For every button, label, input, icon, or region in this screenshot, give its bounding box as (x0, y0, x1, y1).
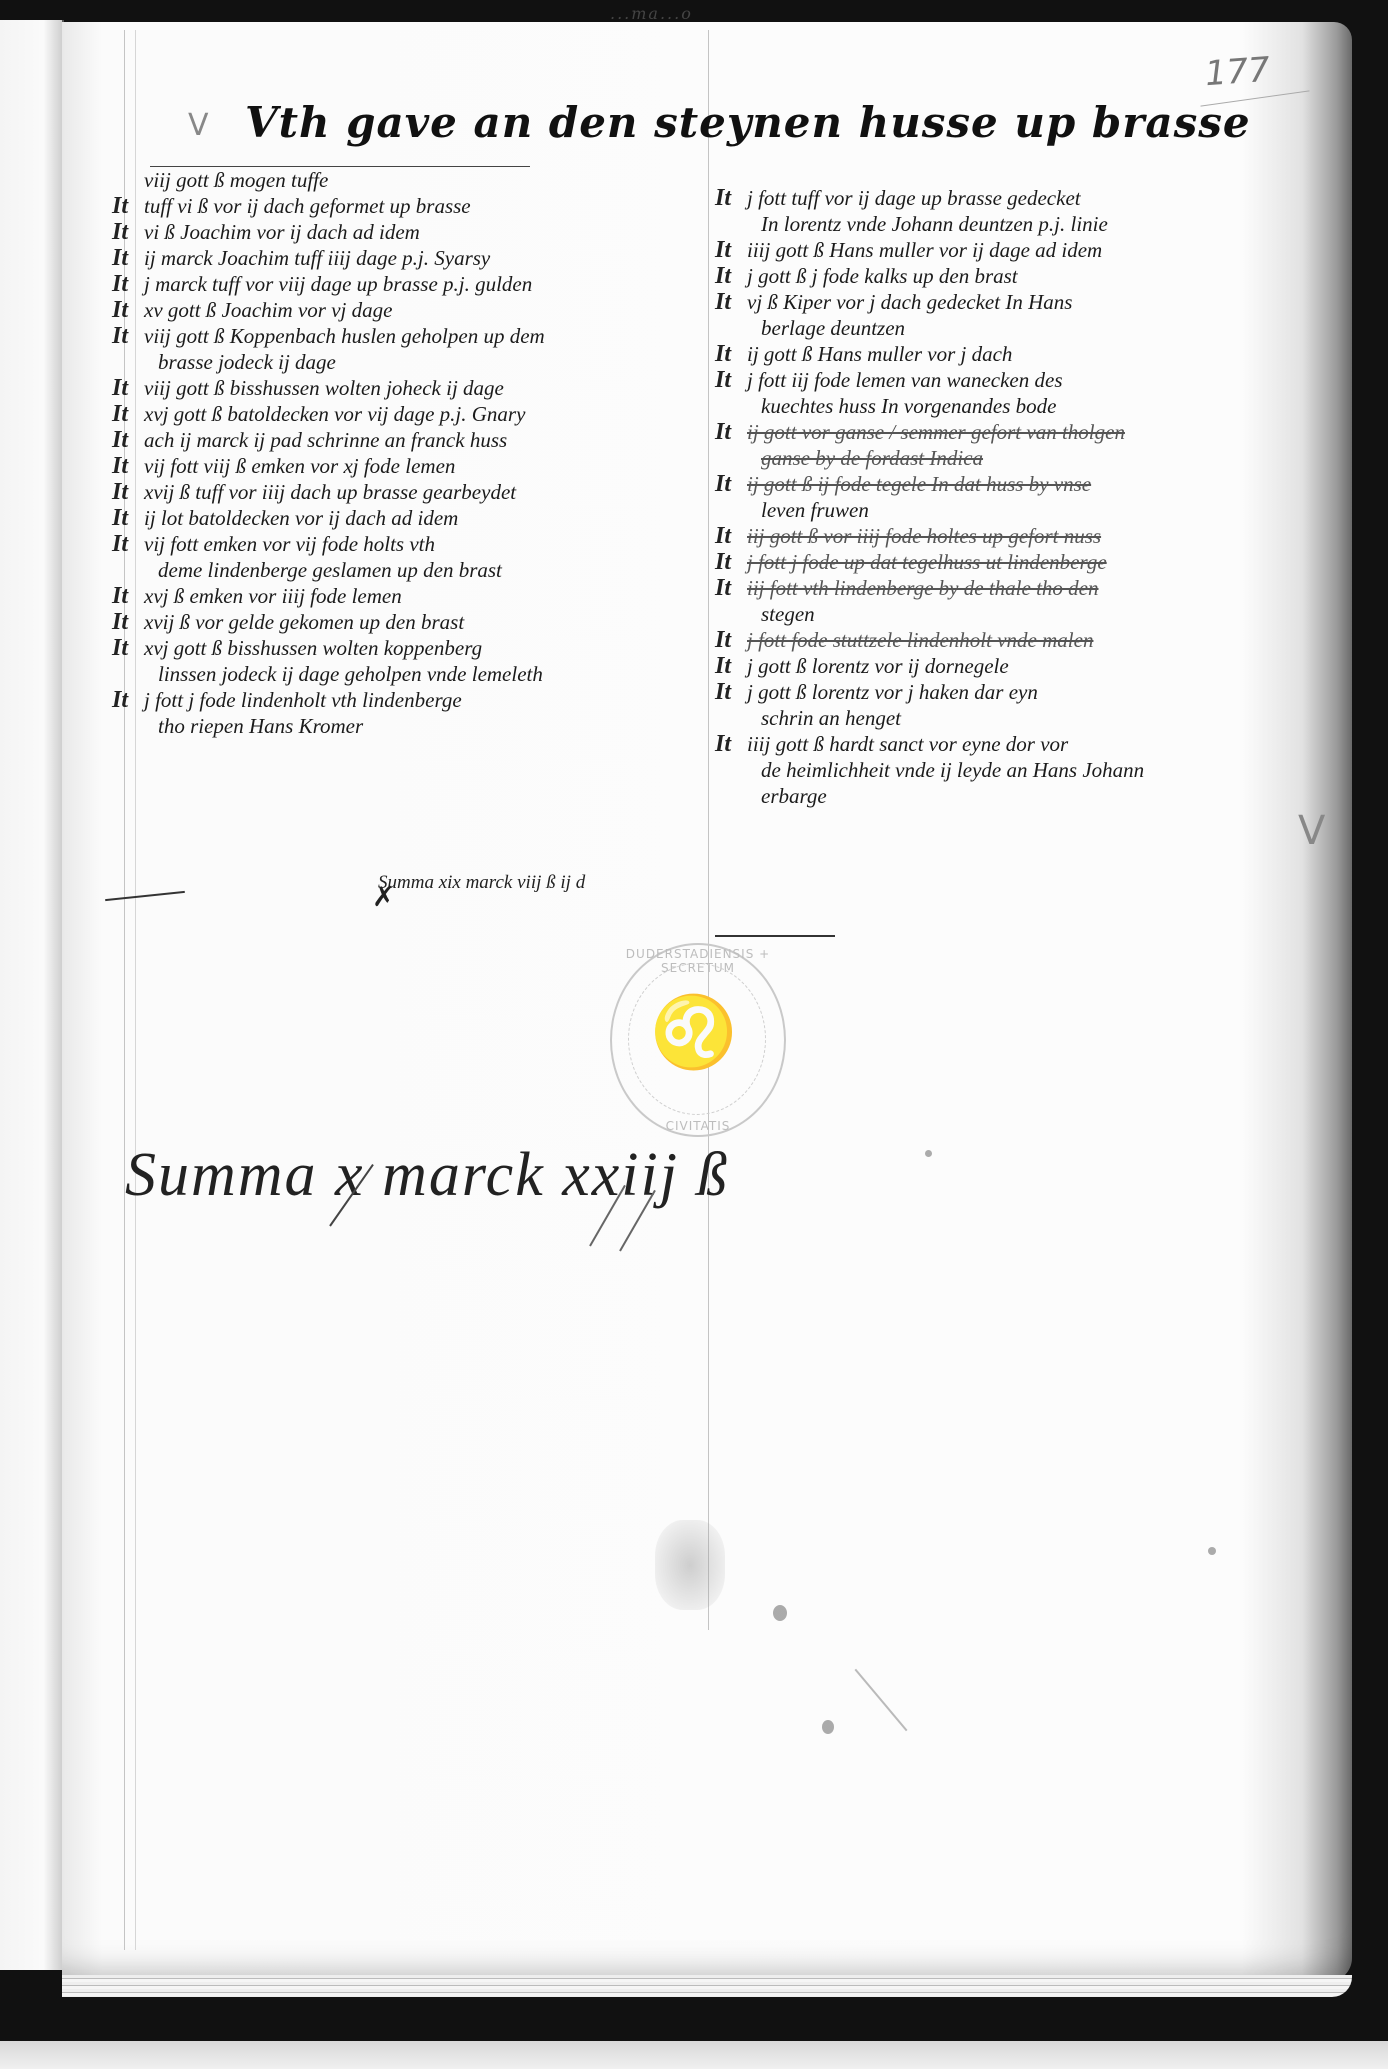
heading-rule (150, 166, 530, 167)
ledger-entry-continuation: brasse jodeck ij dage (112, 350, 712, 374)
page-total: Summa x marck xxiij ß (125, 1140, 729, 1211)
subtotal-flourish-icon: ✗ (372, 880, 395, 913)
entry-text: erbarge (747, 784, 1325, 808)
ledger-entry: Itiij fott vth lindenberge by de thale t… (715, 576, 1325, 600)
check-tick-mark: V (188, 108, 209, 143)
ledger-entry-continuation: berlage deuntzen (715, 316, 1325, 340)
entry-text: vij fott viij ß emken vor xj fode lemen (144, 454, 712, 478)
entry-text: j gott ß lorentz vor j haken dar eyn (747, 680, 1325, 704)
ink-blot (822, 1720, 834, 1734)
page-heading: Vth gave an den steynen husse up brasse (245, 98, 1251, 147)
ledger-entry: Itij gott vor ganse / semmer gefort van … (715, 420, 1325, 444)
ledger-entry: Itxvij ß tuff vor iiij dach up brasse ge… (112, 480, 712, 504)
ledger-entry: Itij marck Joachim tuff iiij dage p.j. S… (112, 246, 712, 270)
item-marker: It (112, 454, 144, 478)
item-marker: It (112, 220, 144, 244)
entry-text: j fott iij fode lemen van wanecken des (747, 368, 1325, 392)
ledger-entry: Itvij fott viij ß emken vor xj fode leme… (112, 454, 712, 478)
entry-text: ij marck Joachim tuff iiij dage p.j. Sya… (144, 246, 712, 270)
item-marker: It (715, 238, 747, 262)
ledger-entry: viij gott ß mogen tuffe (112, 168, 712, 192)
archive-seal-stamp: DUDERSTADIENSIS + SECRETUM ♌ CIVITATIS (610, 943, 786, 1137)
ledger-entry: Itij gott ß Hans muller vor j dach (715, 342, 1325, 366)
entry-text: j marck tuff vor viij dage up brasse p.j… (144, 272, 712, 296)
struck-entry-text: iij gott ß vor iiij fode holtes up gefor… (747, 524, 1325, 548)
ledger-entry: Itj fott fode stuttzele lindenholt vnde … (715, 628, 1325, 652)
ledger-entry-continuation: tho riepen Hans Kromer (112, 714, 712, 738)
entry-text: ij gott ß Hans muller vor j dach (747, 342, 1325, 366)
entry-text: deme lindenberge geslamen up den brast (144, 558, 712, 582)
entry-text: ij lot batoldecken vor ij dach ad idem (144, 506, 712, 530)
right-column-entries: Itj fott tuff vor ij dage up brasse gede… (715, 186, 1325, 810)
ledger-entry: Itj gott ß lorentz vor ij dornegele (715, 654, 1325, 678)
item-marker: It (715, 472, 747, 496)
column-subtotal: Summa xix marck viij ß ij d (378, 872, 585, 894)
entry-text: de heimlichheit vnde ij leyde an Hans Jo… (747, 758, 1325, 782)
ledger-entry: Itxvj gott ß bisshussen wolten koppenber… (112, 636, 712, 660)
item-marker: It (715, 680, 747, 704)
entry-text: xv gott ß Joachim vor vj dage (144, 298, 712, 322)
entry-text: j fott tuff vor ij dage up brasse gedeck… (747, 186, 1325, 210)
ledger-entry: Itj fott j fode lindenholt vth lindenber… (112, 688, 712, 712)
entry-text: schrin an henget (747, 706, 1325, 730)
item-marker: It (715, 290, 747, 314)
ink-blot (1208, 1547, 1216, 1555)
item-marker: It (715, 186, 747, 210)
ledger-entry: Itj gott ß j fode kalks up den brast (715, 264, 1325, 288)
item-marker: It (112, 584, 144, 608)
entry-text: stegen (747, 602, 1325, 626)
ledger-entry: Itiij gott ß vor iiij fode holtes up gef… (715, 524, 1325, 548)
entry-text: tho riepen Hans Kromer (144, 714, 712, 738)
entry-text: viij gott ß Koppenbach huslen geholpen u… (144, 324, 712, 348)
entry-text: leven fruwen (747, 498, 1325, 522)
ledger-entry: Itxvij ß vor gelde gekomen up den brast (112, 610, 712, 634)
ledger-entry-continuation: schrin an henget (715, 706, 1325, 730)
ledger-entry: Itj fott tuff vor ij dage up brasse gede… (715, 186, 1325, 210)
entry-text: vij fott emken vor vij fode holts vth (144, 532, 712, 556)
folio-number: 177 (1204, 50, 1272, 94)
ledger-entry: Itxvj gott ß batoldecken vor vij dage p.… (112, 402, 712, 426)
ledger-entry-continuation: ganse by de fordast Indica (715, 446, 1325, 470)
struck-entry-text: ganse by de fordast Indica (747, 446, 1325, 470)
entry-text: j fott j fode lindenholt vth lindenberge (144, 688, 712, 712)
ledger-entry: Itviij gott ß bisshussen wolten joheck i… (112, 376, 712, 400)
ledger-entry: Itvi ß Joachim vor ij dach ad idem (112, 220, 712, 244)
item-marker: It (112, 298, 144, 322)
entry-text: xvj ß emken vor iiij fode lemen (144, 584, 712, 608)
entry-text: vj ß Kiper vor j dach gedecket In Hans (747, 290, 1325, 314)
entry-text: brasse jodeck ij dage (144, 350, 712, 374)
entry-text: viij gott ß mogen tuffe (144, 168, 712, 192)
entry-text: linssen jodeck ij dage geholpen vnde lem… (144, 662, 712, 686)
entry-text: iiij gott ß hardt sanct vor eyne dor vor (747, 732, 1325, 756)
entry-text: xvij ß tuff vor iiij dach up brasse gear… (144, 480, 712, 504)
item-marker: It (715, 524, 747, 548)
entry-text: viij gott ß bisshussen wolten joheck ij … (144, 376, 712, 400)
item-marker: It (715, 368, 747, 392)
ledger-entry: Itvij fott emken vor vij fode holts vth (112, 532, 712, 556)
ledger-entry: Itiiij gott ß hardt sanct vor eyne dor v… (715, 732, 1325, 756)
ledger-entry: Itj gott ß lorentz vor j haken dar eyn (715, 680, 1325, 704)
ledger-entry: Itij lot batoldecken vor ij dach ad idem (112, 506, 712, 530)
item-marker: It (112, 194, 144, 218)
ledger-entry: Itij gott ß ij fode tegele In dat huss b… (715, 472, 1325, 496)
item-marker: It (112, 428, 144, 452)
item-marker: It (715, 654, 747, 678)
entry-text: In lorentz vnde Johann deuntzen p.j. lin… (747, 212, 1325, 236)
item-marker: It (112, 246, 144, 270)
item-marker: It (112, 480, 144, 504)
entry-text: iiij gott ß Hans muller vor ij dage ad i… (747, 238, 1325, 262)
top-edge-fragment: ...ma...o (610, 4, 693, 23)
ledger-entry: Itxv gott ß Joachim vor vj dage (112, 298, 712, 322)
struck-entry-text: ij gott ß ij fode tegele In dat huss by … (747, 472, 1325, 496)
entry-text: j gott ß lorentz vor ij dornegele (747, 654, 1325, 678)
item-marker: It (715, 732, 747, 756)
ledger-entry-continuation: In lorentz vnde Johann deuntzen p.j. lin… (715, 212, 1325, 236)
item-marker: It (715, 550, 747, 574)
struck-entry-text: ij gott vor ganse / semmer gefort van th… (747, 420, 1325, 444)
ledger-entry: Ittuff vi ß vor ij dach geformet up bras… (112, 194, 712, 218)
entry-text: xvj gott ß bisshussen wolten koppenberg (144, 636, 712, 660)
ledger-entry-continuation: kuechtes huss In vorgenandes bode (715, 394, 1325, 418)
entry-text: xvj gott ß batoldecken vor vij dage p.j.… (144, 402, 712, 426)
entry-text: berlage deuntzen (747, 316, 1325, 340)
ledger-entry: Itviij gott ß Koppenbach huslen geholpen… (112, 324, 712, 348)
item-marker: It (715, 342, 747, 366)
struck-entry-text: j fott fode stuttzele lindenholt vnde ma… (747, 628, 1325, 652)
ledger-entry-continuation: linssen jodeck ij dage geholpen vnde lem… (112, 662, 712, 686)
ledger-entry-continuation: leven fruwen (715, 498, 1325, 522)
entry-underline (715, 935, 835, 937)
previous-page-edge (0, 20, 64, 1970)
ink-blot (925, 1150, 932, 1157)
check-tick-mark: V (1298, 808, 1325, 854)
item-marker: It (112, 688, 144, 712)
ledger-entry-continuation: stegen (715, 602, 1325, 626)
ledger-entry: Itxvj ß emken vor iiij fode lemen (112, 584, 712, 608)
item-marker: It (112, 610, 144, 634)
ledger-entry-continuation: deme lindenberge geslamen up den brast (112, 558, 712, 582)
item-marker: It (112, 636, 144, 660)
struck-entry-text: iij fott vth lindenberge by de thale tho… (747, 576, 1325, 600)
ledger-entry: Itvj ß Kiper vor j dach gedecket In Hans (715, 290, 1325, 314)
ledger-entry: Itj fott j fode up dat tegelhuss ut lind… (715, 550, 1325, 574)
left-column-entries: viij gott ß mogen tuffeIttuff vi ß vor i… (112, 168, 712, 740)
ledger-entry: Itj marck tuff vor viij dage up brasse p… (112, 272, 712, 296)
item-marker: It (112, 506, 144, 530)
item-marker: It (715, 576, 747, 600)
item-marker: It (715, 628, 747, 652)
struck-entry-text: j fott j fode up dat tegelhuss ut linden… (747, 550, 1325, 574)
ledger-entry: Itach ij marck ij pad schrinne an franck… (112, 428, 712, 452)
entry-text: ach ij marck ij pad schrinne an franck h… (144, 428, 712, 452)
ledger-entry-continuation: de heimlichheit vnde ij leyde an Hans Jo… (715, 758, 1325, 782)
scanner-floor (0, 2041, 1388, 2069)
item-marker: It (112, 324, 144, 348)
ledger-entry-continuation: erbarge (715, 784, 1325, 808)
entry-text: kuechtes huss In vorgenandes bode (747, 394, 1325, 418)
seal-legend-bottom: CIVITATIS (612, 1119, 784, 1133)
entry-text: xvij ß vor gelde gekomen up den brast (144, 610, 712, 634)
item-marker: It (112, 402, 144, 426)
lion-rampant-icon: ♌ (650, 991, 737, 1074)
item-marker: It (112, 532, 144, 556)
item-marker: It (112, 272, 144, 296)
entry-text: tuff vi ß vor ij dach geformet up brasse (144, 194, 712, 218)
ledger-entry: Itiiij gott ß Hans muller vor ij dage ad… (715, 238, 1325, 262)
item-marker: It (715, 264, 747, 288)
paper-stain (655, 1520, 725, 1610)
page-stack-edge (62, 1975, 1352, 1997)
ledger-entry: Itj fott iij fode lemen van wanecken des (715, 368, 1325, 392)
item-marker: It (715, 420, 747, 444)
entry-text: vi ß Joachim vor ij dach ad idem (144, 220, 712, 244)
entry-text: j gott ß j fode kalks up den brast (747, 264, 1325, 288)
ink-blot (773, 1605, 787, 1621)
item-marker: It (112, 376, 144, 400)
